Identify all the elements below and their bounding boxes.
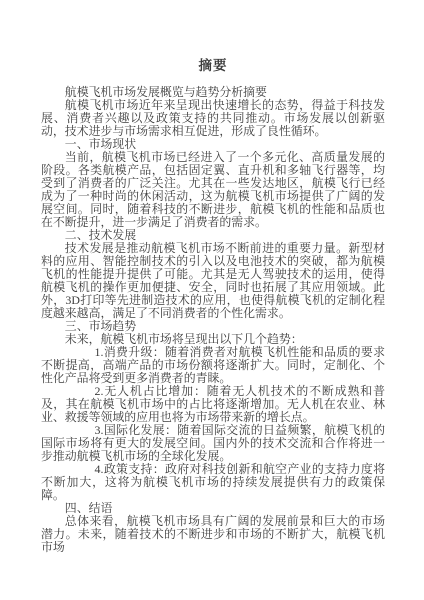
document-body: 航模飞机市场发展概览与趋势分析摘要航模飞机市场近年来呈现出快速增长的态势，得益于… [41, 86, 385, 554]
paragraph: 3.国际化发展：随着国际交流的日益频繁，航模飞机的国际市场将有更大的发展空间。国… [41, 424, 385, 463]
paragraph: 1.消费升级：随着消费者对航模飞机性能和品质的要求不断提高，高端产品的市场份额将… [41, 346, 385, 385]
paragraph: 4.政策支持：政府对科技创新和航空产业的支持力度将不断加大，这将为航模飞机市场的… [41, 463, 385, 502]
document-page: 摘要 航模飞机市场发展概览与趋势分析摘要航模飞机市场近年来呈现出快速增长的态势，… [0, 0, 424, 600]
paragraph: 航模飞机市场近年来呈现出快速增长的态势，得益于科技发展、消费者兴趣以及政策支持的… [41, 99, 385, 138]
paragraph: 总体来看，航模飞机市场具有广阔的发展前景和巨大的市场潜力。未来，随着技术的不断进… [41, 515, 385, 554]
paragraph: 2.无人机占比增加：随着无人机技术的不断成熟和普及，其在航模飞机市场中的占比将逐… [41, 385, 385, 424]
paragraph: 技术发展是推动航模飞机市场不断前进的重要力量。新型材料的应用、智能控制技术的引入… [41, 242, 385, 320]
document-content: 摘要 航模飞机市场发展概览与趋势分析摘要航模飞机市场近年来呈现出快速增长的态势，… [0, 0, 424, 554]
document-title: 摘要 [41, 58, 385, 73]
paragraph: 当前，航模飞机市场已经进入了一个多元化、高质量发展的阶段。各类航模产品，包括固定… [41, 151, 385, 229]
